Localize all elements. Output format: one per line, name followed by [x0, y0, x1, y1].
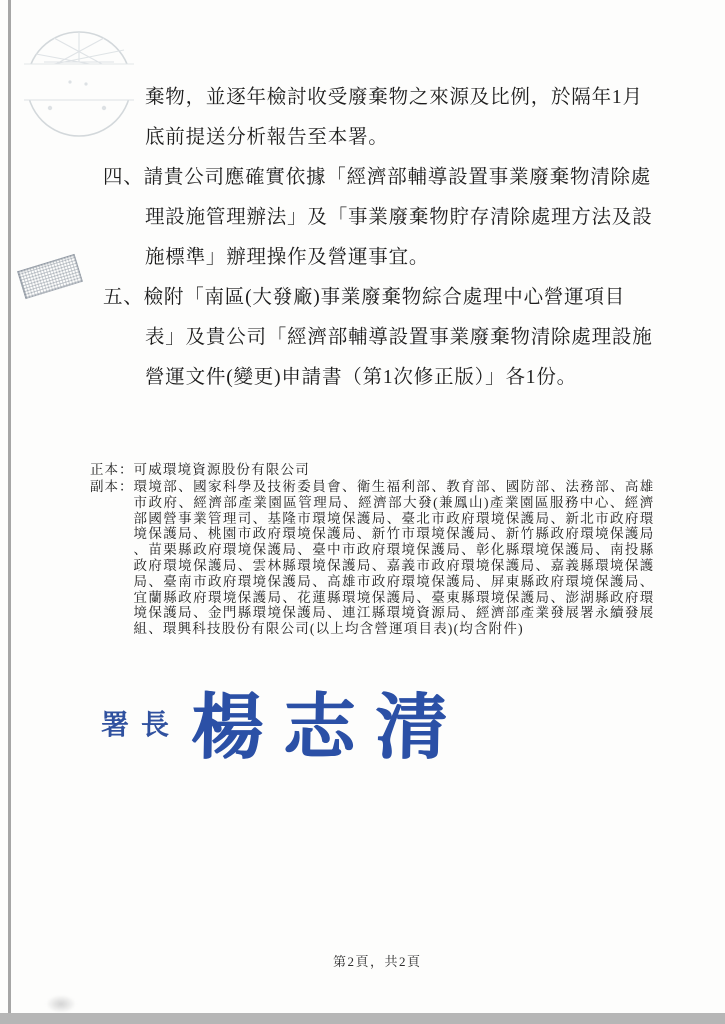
scan-edge-line	[8, 0, 11, 1014]
scan-bottom-band	[0, 1013, 725, 1024]
copy-recipient-label: 副本：	[90, 479, 134, 495]
document-page: 棄物，並逐年檢討收受廢棄物之來源及比例，於隔年1月 底前提送分析報告至本署。 四…	[0, 0, 725, 1024]
body-line: 棄物，並逐年檢討收受廢棄物之來源及比例，於隔年1月	[145, 86, 643, 110]
body-line: 理設施管理辦法」及「事業廢棄物貯存清除處理方法及設	[145, 206, 653, 230]
signature-block: 署長 楊志清	[101, 686, 467, 770]
page-number-footer: 第2頁，共2頁	[333, 951, 422, 970]
body-line: 底前提送分析報告至本署。	[145, 126, 389, 150]
original-recipient-label: 正本：	[90, 462, 134, 478]
original-recipient-row: 正本： 可威環境資源股份有限公司	[90, 462, 310, 478]
scan-smudge	[46, 995, 76, 1013]
hatched-sticker-icon	[17, 254, 83, 299]
body-line: 施標準」辦理操作及營運事宜。	[145, 246, 429, 270]
body-line: 表」及貴公司「經濟部輔導設置事業廢棄物清除處理設施	[145, 326, 653, 350]
body-line: 營運文件(變更)申請書（第1次修正版）」各1份。	[145, 366, 577, 390]
original-recipient-value: 可威環境資源股份有限公司	[134, 462, 310, 478]
signer-name-signature: 楊志清	[190, 686, 467, 770]
body-line-item-5: 五、檢附「南區(大發廠)事業廢棄物綜合處理中心營運項目	[103, 286, 625, 310]
copy-recipients-row: 副本： 環境部、國家科學及技術委員會、衛生福利部、教育部、國防部、法務部、高雄市…	[90, 479, 655, 637]
signer-title: 署長	[101, 703, 181, 743]
postmark-stamp-icon	[24, 28, 134, 140]
copy-recipient-list: 環境部、國家科學及技術委員會、衛生福利部、教育部、國防部、法務部、高雄市政府、經…	[134, 479, 655, 637]
body-line-item-4: 四、請貴公司應確實依據「經濟部輔導設置事業廢棄物清除處	[103, 166, 651, 190]
